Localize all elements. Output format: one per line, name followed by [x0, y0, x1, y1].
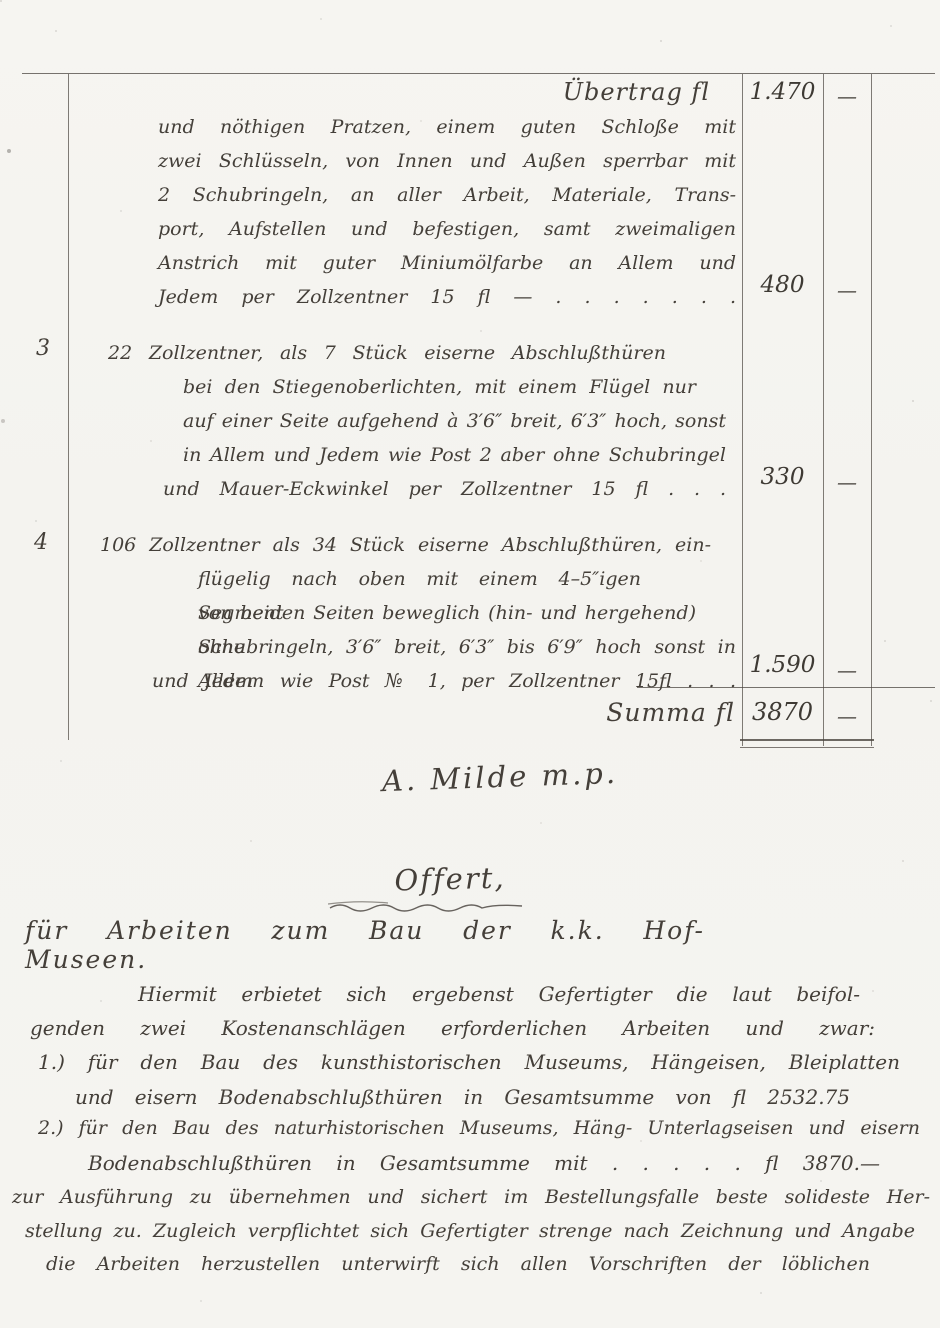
handwritten-line: und Mauer-Eckwinkel per Zollzentner 15 f…: [108, 472, 726, 506]
offer-item1-line: und eisern Bodenabschlußthüren in Gesamt…: [75, 1085, 850, 1109]
offer-item1-line: 1.) für den Bau des kunsthistorischen Mu…: [38, 1050, 900, 1074]
handwritten-line: in Allem und Jedem wie Post 2 aber ohne …: [108, 438, 726, 472]
item3-amount-fl: 330: [742, 464, 823, 490]
handwritten-line: von beiden Seiten beweglich (hin- und he…: [100, 596, 736, 630]
offer-intro-line: Hiermit erbietet sich ergebenst Gefertig…: [138, 982, 860, 1006]
summa-amount-fl: 3870: [742, 698, 823, 726]
item2-amount-kr: —: [823, 278, 871, 302]
offer-closing-line: zur Ausführung zu übernehmen und sichert…: [12, 1186, 930, 1208]
summa-label: Summa fl: [545, 698, 735, 727]
title-underline-flourish: [328, 898, 528, 916]
offer-closing-line: stellung zu. Zugleich verpflichtet sich …: [25, 1220, 915, 1242]
carryover-label: Übertrag fl: [470, 78, 710, 106]
item3-text: 22 Zollzentner, als 7 Stück eiserne Absc…: [108, 336, 726, 506]
handwritten-line: Jedem per Zollzentner 15 fl — . . . . . …: [158, 280, 736, 314]
handwritten-line: und nöthigen Pratzen, einem guten Schloß…: [158, 110, 736, 144]
handwritten-line: Anstrich mit guter Miniumölfarbe an Alle…: [158, 246, 736, 280]
handwritten-line: 22 Zollzentner, als 7 Stück eiserne Absc…: [108, 336, 726, 370]
item4-amount-kr: —: [823, 658, 871, 682]
item4-amount-fl: 1.590: [742, 652, 823, 678]
offer-closing-line: die Arbeiten herzustellen unterwirft sic…: [46, 1253, 870, 1275]
offer-item2-line: Bodenabschlußthüren in Gesamtsumme mit .…: [88, 1151, 880, 1175]
item3-number: 3: [36, 336, 50, 361]
handwritten-line: port, Aufstellen und befestigen, samt zw…: [158, 212, 736, 246]
carryover-amount-fl: 1.470: [742, 79, 823, 105]
table-rule-left: [68, 74, 69, 740]
item4-number: 4: [34, 530, 48, 555]
offer-subtitle: für Arbeiten zum Bau der k.k. Hof- Musee…: [25, 916, 705, 974]
handwritten-line: auf einer Seite aufgehend à 3′6″ breit, …: [108, 404, 726, 438]
handwritten-line: bei den Stiegenoberlichten, mit einem Fl…: [108, 370, 726, 404]
handwritten-line: 106 Zollzentner als 34 Stück eiserne Abs…: [100, 528, 736, 562]
offer-title: Offert,: [360, 860, 541, 899]
item2-continuation-text: und nöthigen Pratzen, einem guten Schloß…: [158, 110, 736, 314]
carryover-amount-kr: —: [823, 84, 871, 108]
handwritten-line: flügelig nach oben mit einem 4–5″igen Se…: [100, 562, 736, 596]
handwritten-line: und Jedem wie Post № 1, per Zollzentner …: [100, 664, 736, 698]
table-rule-total-double: [740, 739, 874, 748]
table-rule-amount-col: [742, 74, 743, 746]
table-rule-right: [871, 74, 872, 746]
handwritten-line: 2 Schubringeln, an aller Arbeit, Materia…: [158, 178, 736, 212]
item4-text: 106 Zollzentner als 34 Stück eiserne Abs…: [100, 528, 736, 698]
paper-speckle-texture: [0, 0, 2, 2]
offer-intro-line: genden zwei Kostenanschlägen erforderlic…: [30, 1016, 875, 1040]
handwritten-line: Schubringeln, 3′6″ breit, 6′3″ bis 6′9″ …: [100, 630, 736, 664]
document-page: Übertrag fl 1.470 — und nöthigen Pratzen…: [0, 0, 940, 1328]
table-rule-kreuzer-col: [823, 74, 824, 746]
item3-amount-kr: —: [823, 470, 871, 494]
signature: A. Milde m.p.: [330, 754, 671, 800]
handwritten-line: zwei Schlüsseln, von Innen und Außen spe…: [158, 144, 736, 178]
summa-amount-kr: —: [823, 704, 871, 728]
item2-amount-fl: 480: [742, 272, 823, 298]
offer-item2-line: 2.) für den Bau des naturhistorischen Mu…: [38, 1117, 920, 1139]
table-rule-top: [22, 73, 935, 74]
